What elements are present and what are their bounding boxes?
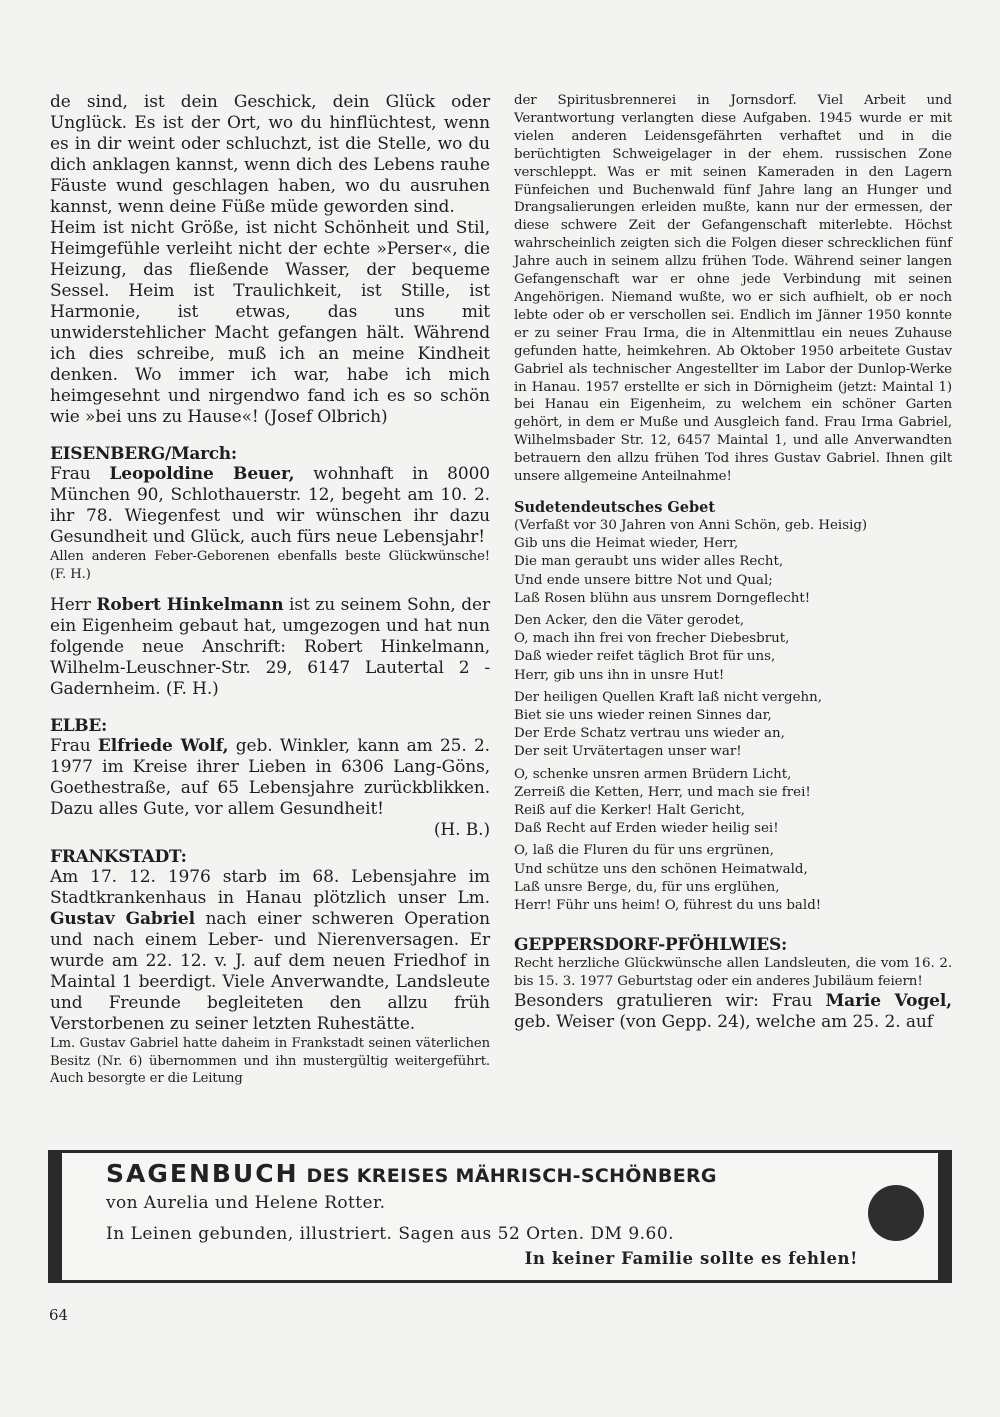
section-poem: Sudetendeutsches Gebet (Verfaßt vor 30 J… — [514, 498, 952, 915]
ad-description: In Leinen gebunden, illustriert. Sagen a… — [106, 1224, 674, 1244]
poem-stanza: Gib uns die Heimat wieder, Herr,Die man … — [514, 535, 952, 608]
section-geppersdorf: GEPPERSDORF-PFÖHLWIES: Recht herzliche G… — [514, 935, 952, 1033]
frankstadt-paragraph-1: Am 17. 12. 1976 starb im 68. Lebensjahre… — [50, 867, 490, 1035]
eisenberg-paragraph-3: Herr Robert Hinkelmann ist zu seinem Soh… — [50, 595, 490, 700]
poem-line: Den Acker, den die Väter gerodet, — [514, 612, 952, 630]
poem-line: Laß unsre Berge, du, für uns erglühen, — [514, 879, 952, 897]
poem-line: O, mach ihn frei von frecher Diebesbrut, — [514, 630, 952, 648]
person-name: Robert Hinkelmann — [96, 595, 283, 615]
right-column: der Spiritusbrennerei in Jornsdorf. Viel… — [514, 92, 952, 1033]
person-name: Leopoldine Beuer, — [109, 464, 294, 484]
section-elbe: ELBE: Frau Elfriede Wolf, geb. Winkler, … — [50, 716, 490, 841]
poem-line: Und ende unsere bittre Not und Qual; — [514, 572, 952, 590]
poem-line: O, laß die Fluren du für uns ergrünen, — [514, 842, 952, 860]
section-heading-eisenberg: EISENBERG/March: — [50, 444, 490, 464]
poem-subtitle: (Verfaßt vor 30 Jahren von Anni Schön, g… — [514, 517, 952, 535]
poem-stanza: Den Acker, den die Väter gerodet,O, mach… — [514, 612, 952, 685]
left-column: de sind, ist dein Geschick, dein Glück o… — [50, 92, 490, 1088]
poem-line: Herr, gib uns ihn in unsre Hut! — [514, 667, 952, 685]
poem-line: Zerreiß die Ketten, Herr, und mach sie f… — [514, 784, 952, 802]
page-number: 64 — [49, 1306, 68, 1324]
elbe-signature: (H. B.) — [50, 820, 490, 841]
poem-line: Der Erde Schatz vertrau uns wieder an, — [514, 725, 952, 743]
poem-line: Gib uns die Heimat wieder, Herr, — [514, 535, 952, 553]
section-frankstadt: FRANKSTADT: Am 17. 12. 1976 starb im 68.… — [50, 847, 490, 1088]
text-span: Am 17. 12. 1976 starb im 68. Lebensjahre… — [50, 867, 490, 908]
poem-line: Laß Rosen blühn aus unsrem Dorngeflecht! — [514, 590, 952, 608]
poem-line: Und schütze uns den schönen Heimatwald, — [514, 861, 952, 879]
person-name: Marie Vogel, — [825, 991, 952, 1011]
ad-title: SAGENBUCHDES KREISES MÄHRISCH-SCHÖNBERG — [106, 1159, 717, 1188]
text-span: Frau — [50, 464, 109, 484]
poem-line: Der heiligen Quellen Kraft laß nicht ver… — [514, 689, 952, 707]
text-span: geb. Weiser (von Gepp. 24), welche am 25… — [514, 1012, 933, 1032]
poem-stanza: O, schenke unsren armen Brüdern Licht,Ze… — [514, 766, 952, 839]
poem-line: Biet sie uns wieder reinen Sinnes dar, — [514, 707, 952, 725]
intro-paragraph-1: de sind, ist dein Geschick, dein Glück o… — [50, 92, 490, 218]
eisenberg-paragraph-1: Frau Leopoldine Beuer, wohnhaft in 8000 … — [50, 464, 490, 548]
ad-title-rest: DES KREISES MÄHRISCH-SCHÖNBERG — [307, 1165, 717, 1187]
person-name: Elfriede Wolf, — [98, 736, 229, 756]
person-name: Gustav Gabriel — [50, 909, 195, 929]
eisenberg-paragraph-2: Allen anderen Feber-Geborenen ebenfalls … — [50, 548, 490, 583]
section-heading-frankstadt: FRANKSTADT: — [50, 847, 490, 867]
poem-line: Daß Recht auf Erden wieder heilig sei! — [514, 820, 952, 838]
ad-authors: von Aurelia und Helene Rotter. — [106, 1193, 385, 1213]
frankstadt-paragraph-2: Lm. Gustav Gabriel hatte daheim in Frank… — [50, 1035, 490, 1088]
section-heading-elbe: ELBE: — [50, 716, 490, 736]
intro-paragraph-2: Heim ist nicht Größe, ist nicht Schönhei… — [50, 218, 490, 428]
section-heading-geppersdorf: GEPPERSDORF-PFÖHLWIES: — [514, 935, 952, 955]
geppersdorf-paragraph-1: Recht herzliche Glückwünsche allen Lands… — [514, 955, 952, 991]
ad-title-main: SAGENBUCH — [106, 1159, 299, 1188]
text-span: Herr — [50, 595, 96, 615]
section-eisenberg: EISENBERG/March: Frau Leopoldine Beuer, … — [50, 444, 490, 700]
poem-line: Reiß auf die Kerker! Halt Gericht, — [514, 802, 952, 820]
poem-line: O, schenke unsren armen Brüdern Licht, — [514, 766, 952, 784]
poem-title: Sudetendeutsches Gebet — [514, 498, 952, 517]
ad-slogan: In keiner Familie sollte es fehlen! — [525, 1249, 858, 1268]
black-dot-icon — [868, 1185, 924, 1241]
poem-stanza: Der heiligen Quellen Kraft laß nicht ver… — [514, 689, 952, 762]
poem-line: Die man geraubt uns wider alles Recht, — [514, 553, 952, 571]
text-span: Besonders gratulieren wir: Frau — [514, 991, 825, 1011]
elbe-paragraph-1: Frau Elfriede Wolf, geb. Winkler, kann a… — [50, 736, 490, 820]
poem-body: Gib uns die Heimat wieder, Herr,Die man … — [514, 535, 952, 915]
text-span: Frau — [50, 736, 98, 756]
poem-line: Daß wieder reifet täglich Brot für uns, — [514, 648, 952, 666]
geppersdorf-paragraph-2: Besonders gratulieren wir: Frau Marie Vo… — [514, 991, 952, 1033]
book-advertisement: SAGENBUCHDES KREISES MÄHRISCH-SCHÖNBERG … — [48, 1150, 952, 1283]
poem-line: Der seit Urvätertagen unser war! — [514, 743, 952, 761]
frankstadt-continued-paragraph: der Spiritusbrennerei in Jornsdorf. Viel… — [514, 92, 952, 486]
poem-stanza: O, laß die Fluren du für uns ergrünen,Un… — [514, 842, 952, 915]
poem-line: Herr! Führ uns heim! O, führest du uns b… — [514, 897, 952, 915]
